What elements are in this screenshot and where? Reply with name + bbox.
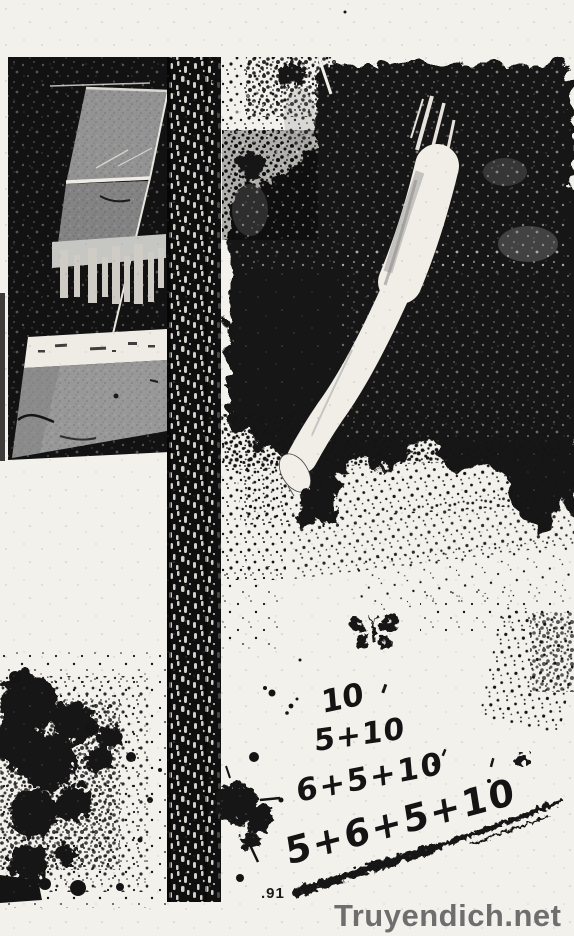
- manga-page-scan: 10 5+10 6+5+10 5+6+5+10 .91 Truyendich.n…: [0, 0, 574, 936]
- site-watermark: Truyendich.net: [334, 898, 561, 934]
- page-number: .91: [261, 885, 285, 902]
- handwritten-line-1: 10: [320, 679, 365, 719]
